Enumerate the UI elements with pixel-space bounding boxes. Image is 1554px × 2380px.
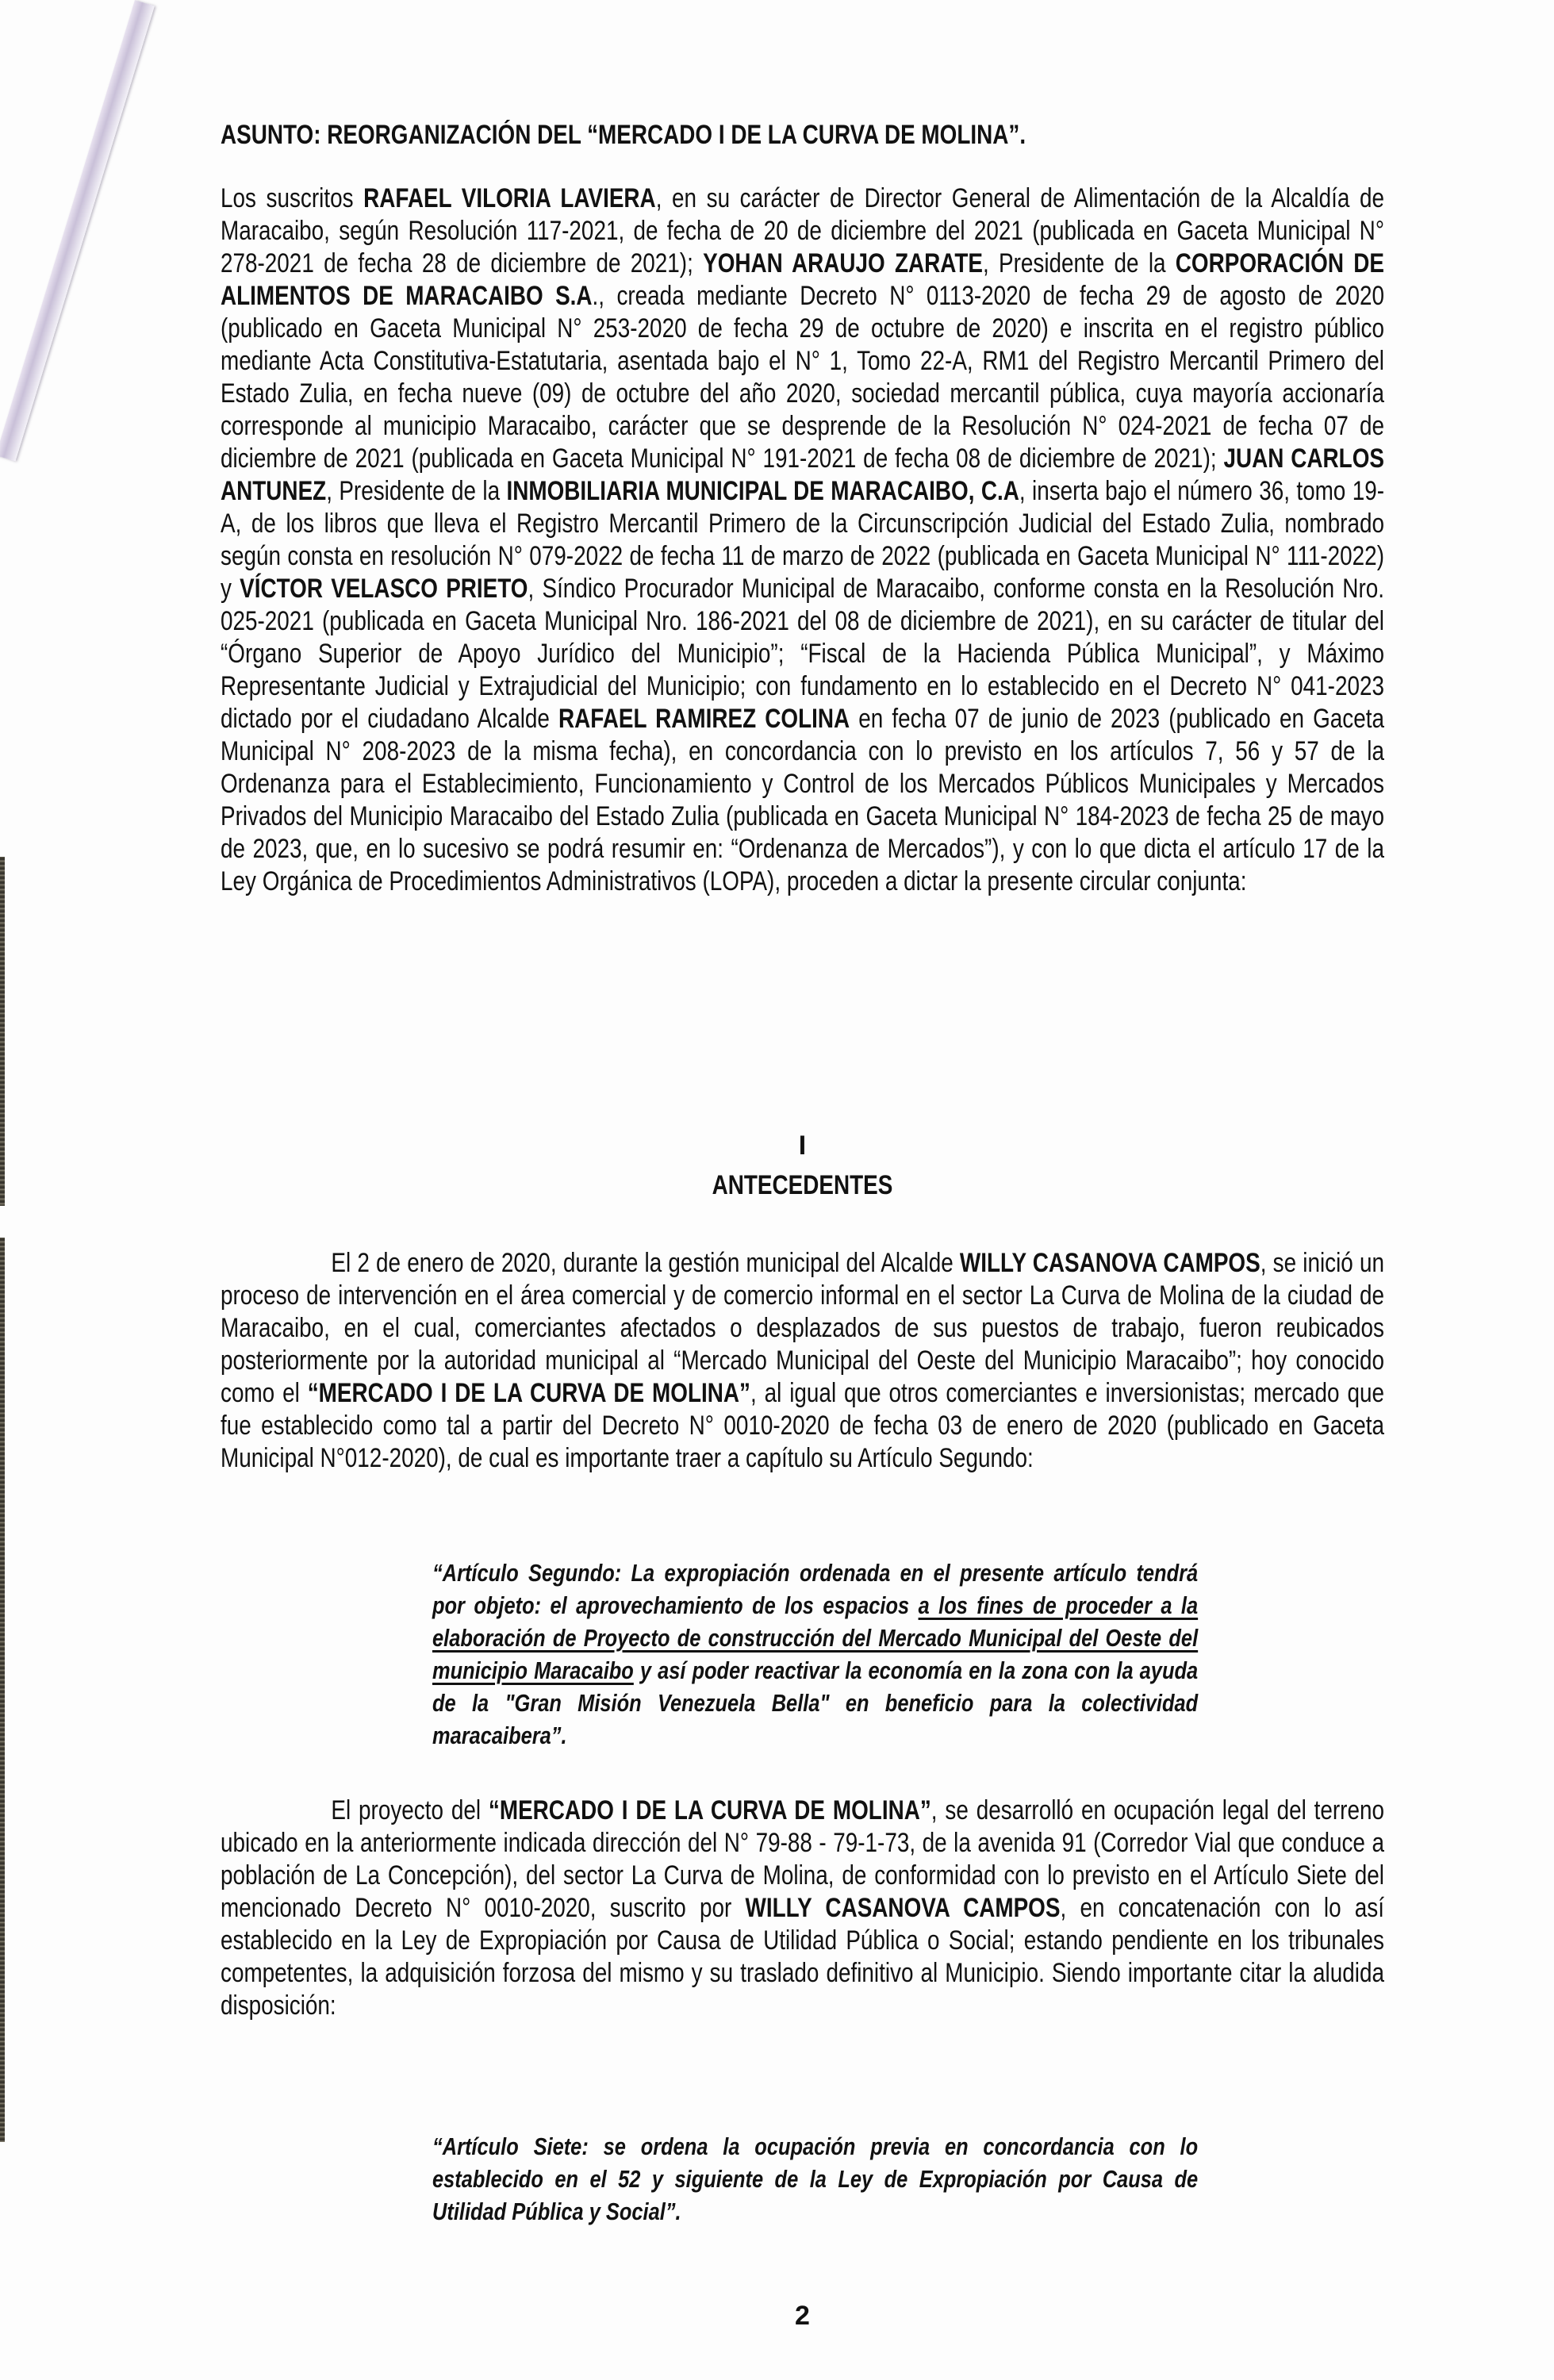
page-number: 2 bbox=[221, 2301, 1384, 2332]
bold-name: “MERCADO I DE LA CURVA DE MOLINA” bbox=[308, 1378, 750, 1408]
bold-name: VÍCTOR VELASCO PRIETO bbox=[240, 574, 528, 604]
section-title: ANTECEDENTES bbox=[325, 1170, 1280, 1201]
underlined-text: a los fines de proceder a la elaboración… bbox=[432, 1591, 1198, 1684]
bold-name: RAFAEL VILORIA LAVIERA bbox=[363, 183, 656, 213]
bold-name: YOHAN ARAUJO ZARATE bbox=[703, 248, 983, 278]
paper-fold-edge bbox=[0, 0, 155, 461]
quote-text: “Artículo Segundo: La expropiación orden… bbox=[432, 1557, 1198, 1752]
scan-edge-shadow bbox=[0, 1238, 5, 2142]
antecedentes-paragraph-2: El proyecto del “MERCADO I DE LA CURVA D… bbox=[221, 1795, 1384, 2022]
scan-edge-shadow bbox=[0, 857, 5, 1206]
bold-name: WILLY CASANOVA CAMPOS bbox=[960, 1248, 1260, 1278]
bold-name: WILLY CASANOVA CAMPOS bbox=[746, 1893, 1061, 1923]
bold-name: INMOBILIARIA MUNICIPAL DE MARACAIBO, C.A bbox=[507, 476, 1019, 506]
bold-name: “MERCADO I DE LA CURVA DE MOLINA” bbox=[489, 1795, 931, 1825]
subject-line: ASUNTO: REORGANIZACIÓN DEL “MERCADO I DE… bbox=[221, 119, 1384, 152]
bold-name: RAFAEL RAMIREZ COLINA bbox=[558, 704, 850, 734]
antecedentes-paragraph-1: El 2 de enero de 2020, durante la gestió… bbox=[221, 1247, 1384, 1475]
quote-text: “Artículo Siete: se ordena la ocupación … bbox=[432, 2130, 1198, 2228]
intro-paragraph: Los suscritos RAFAEL VILORIA LAVIERA, en… bbox=[221, 182, 1384, 898]
section-number: I bbox=[221, 1130, 1384, 1161]
